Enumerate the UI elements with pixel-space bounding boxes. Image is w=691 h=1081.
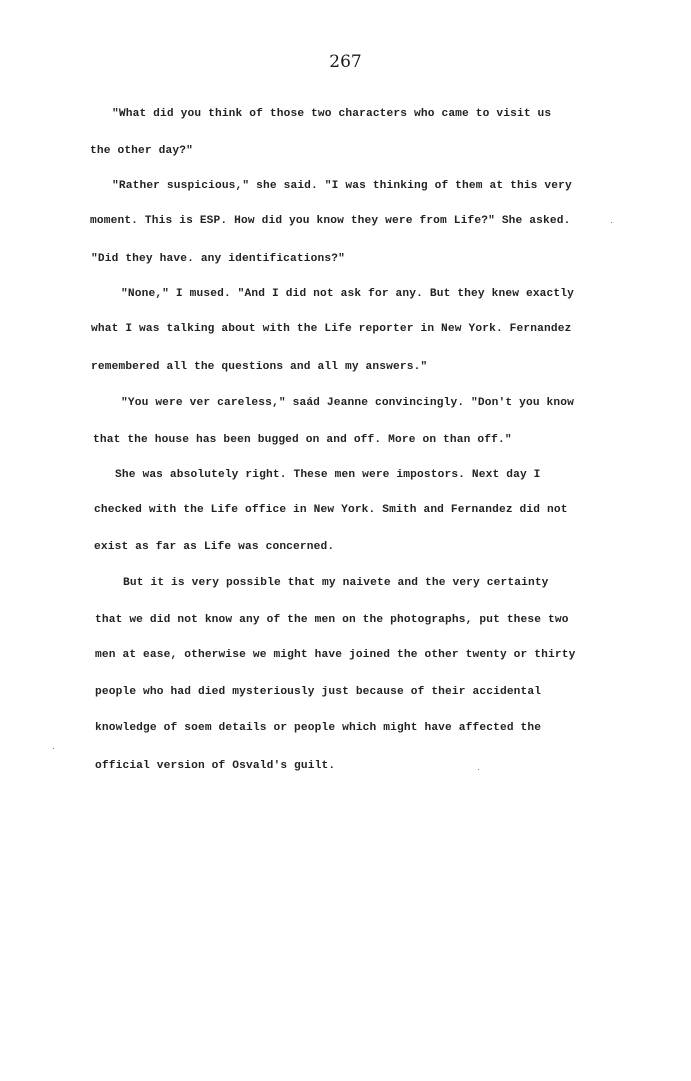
text-line: remembered all the questions and all my … — [91, 361, 427, 373]
text-line: that we did not know any of the men on t… — [95, 614, 569, 626]
text-line: "You were ver careless," saád Jeanne con… — [121, 397, 574, 409]
text-line: official version of Osvald's guilt. — [95, 760, 335, 772]
text-line: "Rather suspicious," she said. "I was th… — [112, 180, 572, 192]
text-line: exist as far as Life was concerned. — [94, 541, 334, 553]
text-line: what I was talking about with the Life r… — [91, 323, 571, 335]
scan-speck — [611, 222, 612, 223]
text-line: "What did you think of those two charact… — [112, 108, 551, 120]
text-line: "None," I mused. "And I did not ask for … — [121, 288, 574, 300]
text-line: But it is very possible that my naivete … — [123, 577, 549, 589]
text-line: that the house has been bugged on and of… — [93, 434, 512, 446]
text-line: the other day?" — [90, 145, 193, 157]
text-line: "Did they have. any identifications?" — [91, 253, 345, 265]
document-page: 267 "What did you think of those two cha… — [0, 0, 691, 1081]
text-line: moment. This is ESP. How did you know th… — [90, 215, 570, 227]
text-line: people who had died mysteriously just be… — [95, 686, 541, 698]
page-number: 267 — [0, 52, 691, 72]
text-line: checked with the Life office in New York… — [94, 504, 568, 516]
text-line: knowledge of soem details or people whic… — [95, 722, 541, 734]
text-line: She was absolutely right. These men were… — [115, 469, 541, 481]
scan-speck — [478, 769, 479, 770]
scan-speck — [53, 748, 54, 749]
text-line: men at ease, otherwise we might have joi… — [95, 649, 575, 661]
